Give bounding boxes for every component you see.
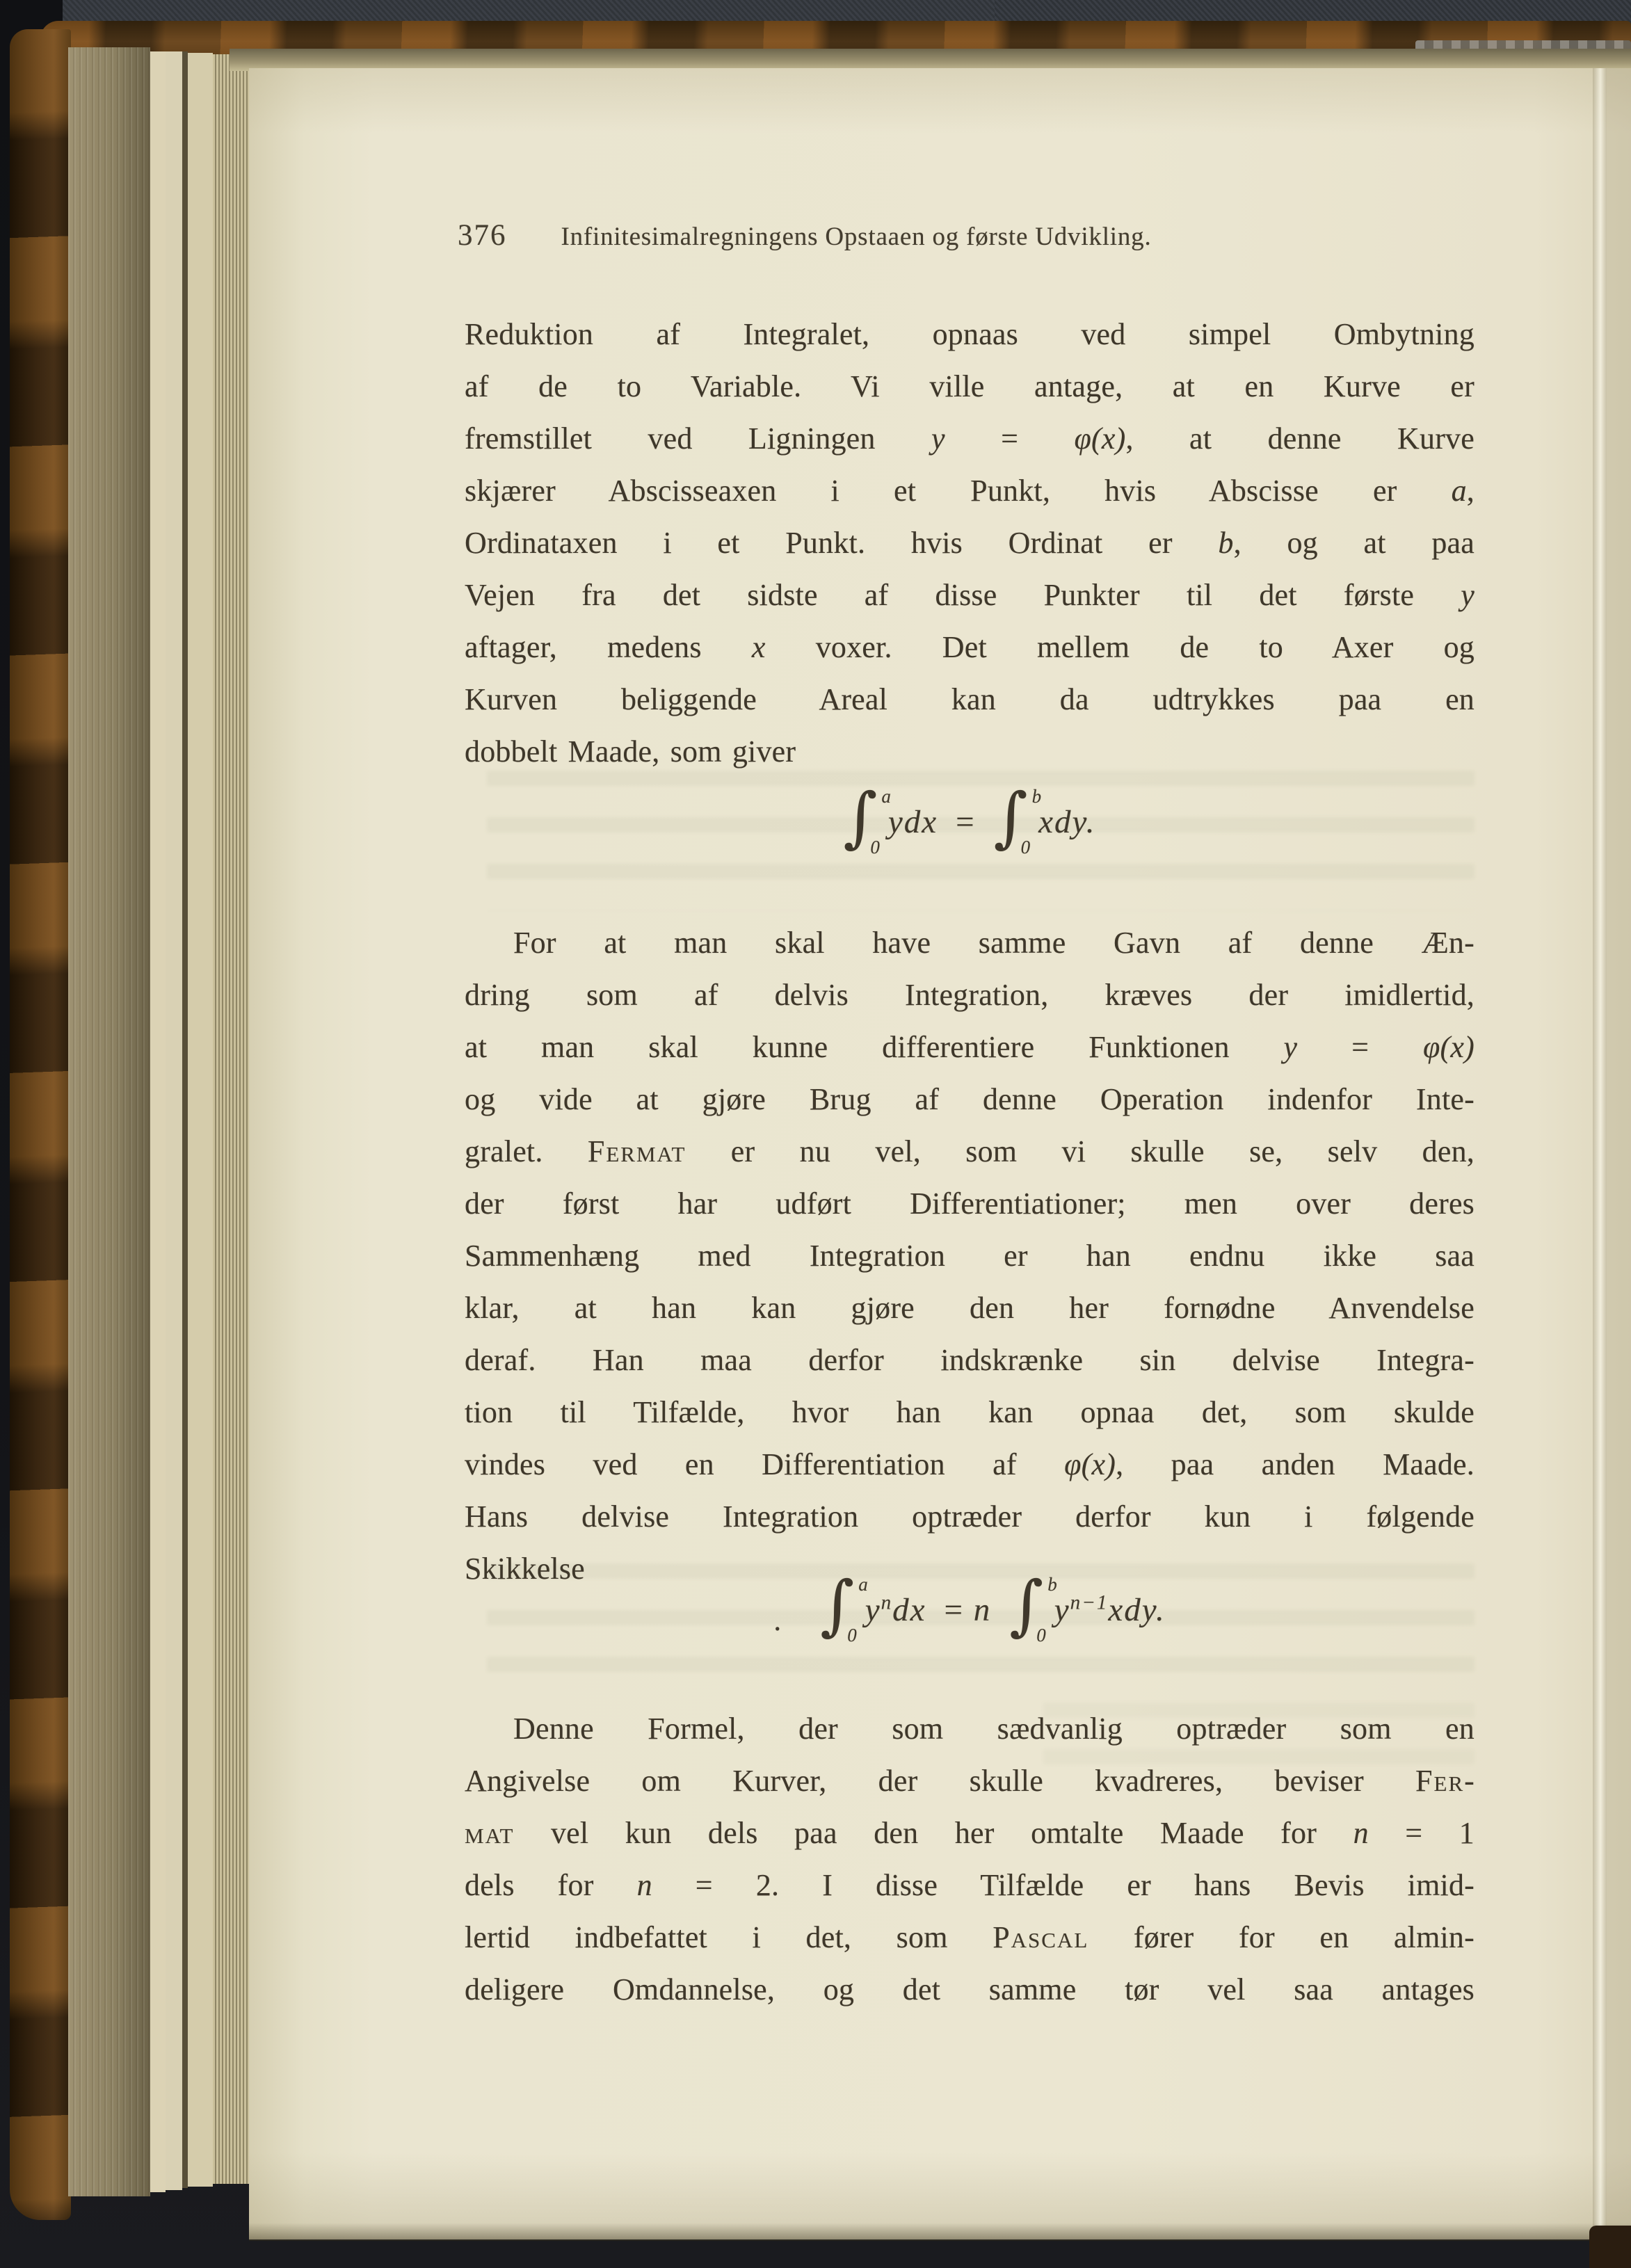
text-line: dring som af delvis Integration, kræves … — [465, 969, 1475, 1021]
upper-limit: b — [1047, 1574, 1057, 1595]
lower-limit: 0 — [847, 1625, 857, 1646]
text-line: aftager, medens x voxer. Det mellem de t… — [465, 621, 1475, 673]
upper-limit: b — [1032, 786, 1042, 807]
text-line: klar, at han kan gjøre den her fornødne … — [465, 1282, 1475, 1334]
text-line: deraf. Han maa derfor indskrænke sin del… — [465, 1334, 1475, 1386]
text-line: gralet. Fermat er nu vel, som vi skulle … — [465, 1125, 1475, 1177]
book-photo: 376 Infinitesimalregningens Opstaaen og … — [0, 0, 1631, 2268]
paragraph: Reduktion af Integralet, opnaas ved simp… — [465, 308, 1475, 778]
page-edge-gap — [182, 51, 188, 2188]
text-line: For at man skal have samme Gavn af denne… — [465, 917, 1475, 969]
lower-limit: 0 — [870, 837, 880, 858]
formula-integral-2: . ∫ a 0 yndx = n ∫ b 0 yn−1xdy. — [465, 1558, 1475, 1662]
running-header: 376 Infinitesimalregningens Opstaaen og … — [458, 218, 1473, 252]
stray-period: . — [773, 1602, 781, 1638]
integrand: xdy. — [1038, 803, 1095, 841]
text-line: mat vel kun dels paa den her omtalte Maa… — [465, 1807, 1475, 1859]
page-edges-shadow — [68, 47, 150, 2196]
integral-rhs: ∫ b 0 xdy. — [994, 786, 1096, 858]
page-fold-line — [1593, 68, 1607, 2239]
page-edge — [188, 53, 213, 2187]
integrand: ydx — [888, 803, 938, 841]
cover-corner — [1589, 2226, 1631, 2268]
text-line: af de to Variable. Vi ville antage, at e… — [465, 360, 1475, 412]
text-line: at man skal kunne differentiere Funktion… — [465, 1021, 1475, 1073]
text-line: lertid indbefattet i det, som Pascal før… — [465, 1911, 1475, 1963]
text-line: Hans delvise Integration optræder derfor… — [465, 1490, 1475, 1543]
text-line: Ordinataxen i et Punkt. hvis Ordinat er … — [465, 517, 1475, 569]
integral-lhs: ∫ a 0 yndx — [820, 1574, 926, 1646]
integral-lhs: ∫ a 0 ydx — [843, 786, 938, 858]
text-line: deligere Omdannelse, og det samme tør ve… — [465, 1963, 1475, 2016]
running-title: Infinitesimalregningens Opstaaen og førs… — [561, 222, 1152, 252]
text-line: dels for n = 2. I disse Tilfælde er hans… — [465, 1859, 1475, 1911]
book-spine — [10, 29, 71, 2220]
integrand: yn−1xdy. — [1054, 1591, 1166, 1629]
text-line: Sammenhæng med Integration er han endnu … — [465, 1230, 1475, 1282]
integrand: yndx — [865, 1591, 926, 1629]
page-bottom-shadow — [249, 2223, 1631, 2241]
text-line: skjærer Abscisseaxen i et Punkt, hvis Ab… — [465, 465, 1475, 517]
fanned-page-edges — [213, 54, 252, 2184]
equals-sign: = — [956, 803, 976, 841]
text-line: Denne Formel, der som sædvanlig optræder… — [465, 1703, 1475, 1755]
text-line: Angivelse om Kurver, der skulle kvadrere… — [465, 1755, 1475, 1807]
lower-limit: 0 — [1036, 1625, 1046, 1646]
text-line: Vejen fra det sidste af disse Punkter ti… — [465, 569, 1475, 621]
integral-rhs: ∫ b 0 yn−1xdy. — [1009, 1574, 1166, 1646]
text-line: og vide at gjøre Brug af denne Operation… — [465, 1073, 1475, 1125]
formula-integral-1: ∫ a 0 ydx = ∫ b 0 xdy. — [465, 773, 1475, 871]
lower-limit: 0 — [1021, 837, 1031, 858]
text-line: vindes ved en Differentiation af φ(x), p… — [465, 1438, 1475, 1490]
page-edge — [166, 51, 182, 2190]
upper-limit: a — [858, 1574, 868, 1595]
upper-limit: a — [881, 786, 891, 807]
text-line: Reduktion af Integralet, opnaas ved simp… — [465, 308, 1475, 360]
page-number: 376 — [458, 218, 507, 252]
page-right-shade — [1607, 68, 1631, 2239]
page-edge-highlight — [150, 51, 166, 2192]
equals-n: = n — [945, 1591, 992, 1629]
text-line: dobbelt Maade, som giver — [465, 725, 1475, 778]
paragraph: For at man skal have samme Gavn af denne… — [465, 917, 1475, 1595]
text-line: fremstillet ved Ligningen y = φ(x), at d… — [465, 412, 1475, 465]
paragraph: Denne Formel, der som sædvanlig optræder… — [465, 1703, 1475, 2016]
text-line: Kurven beliggende Areal kan da udtrykkes… — [465, 673, 1475, 725]
text-line: tion til Tilfælde, hvor han kan opnaa de… — [465, 1386, 1475, 1438]
text-line: der først har udført Differentiationer; … — [465, 1177, 1475, 1230]
